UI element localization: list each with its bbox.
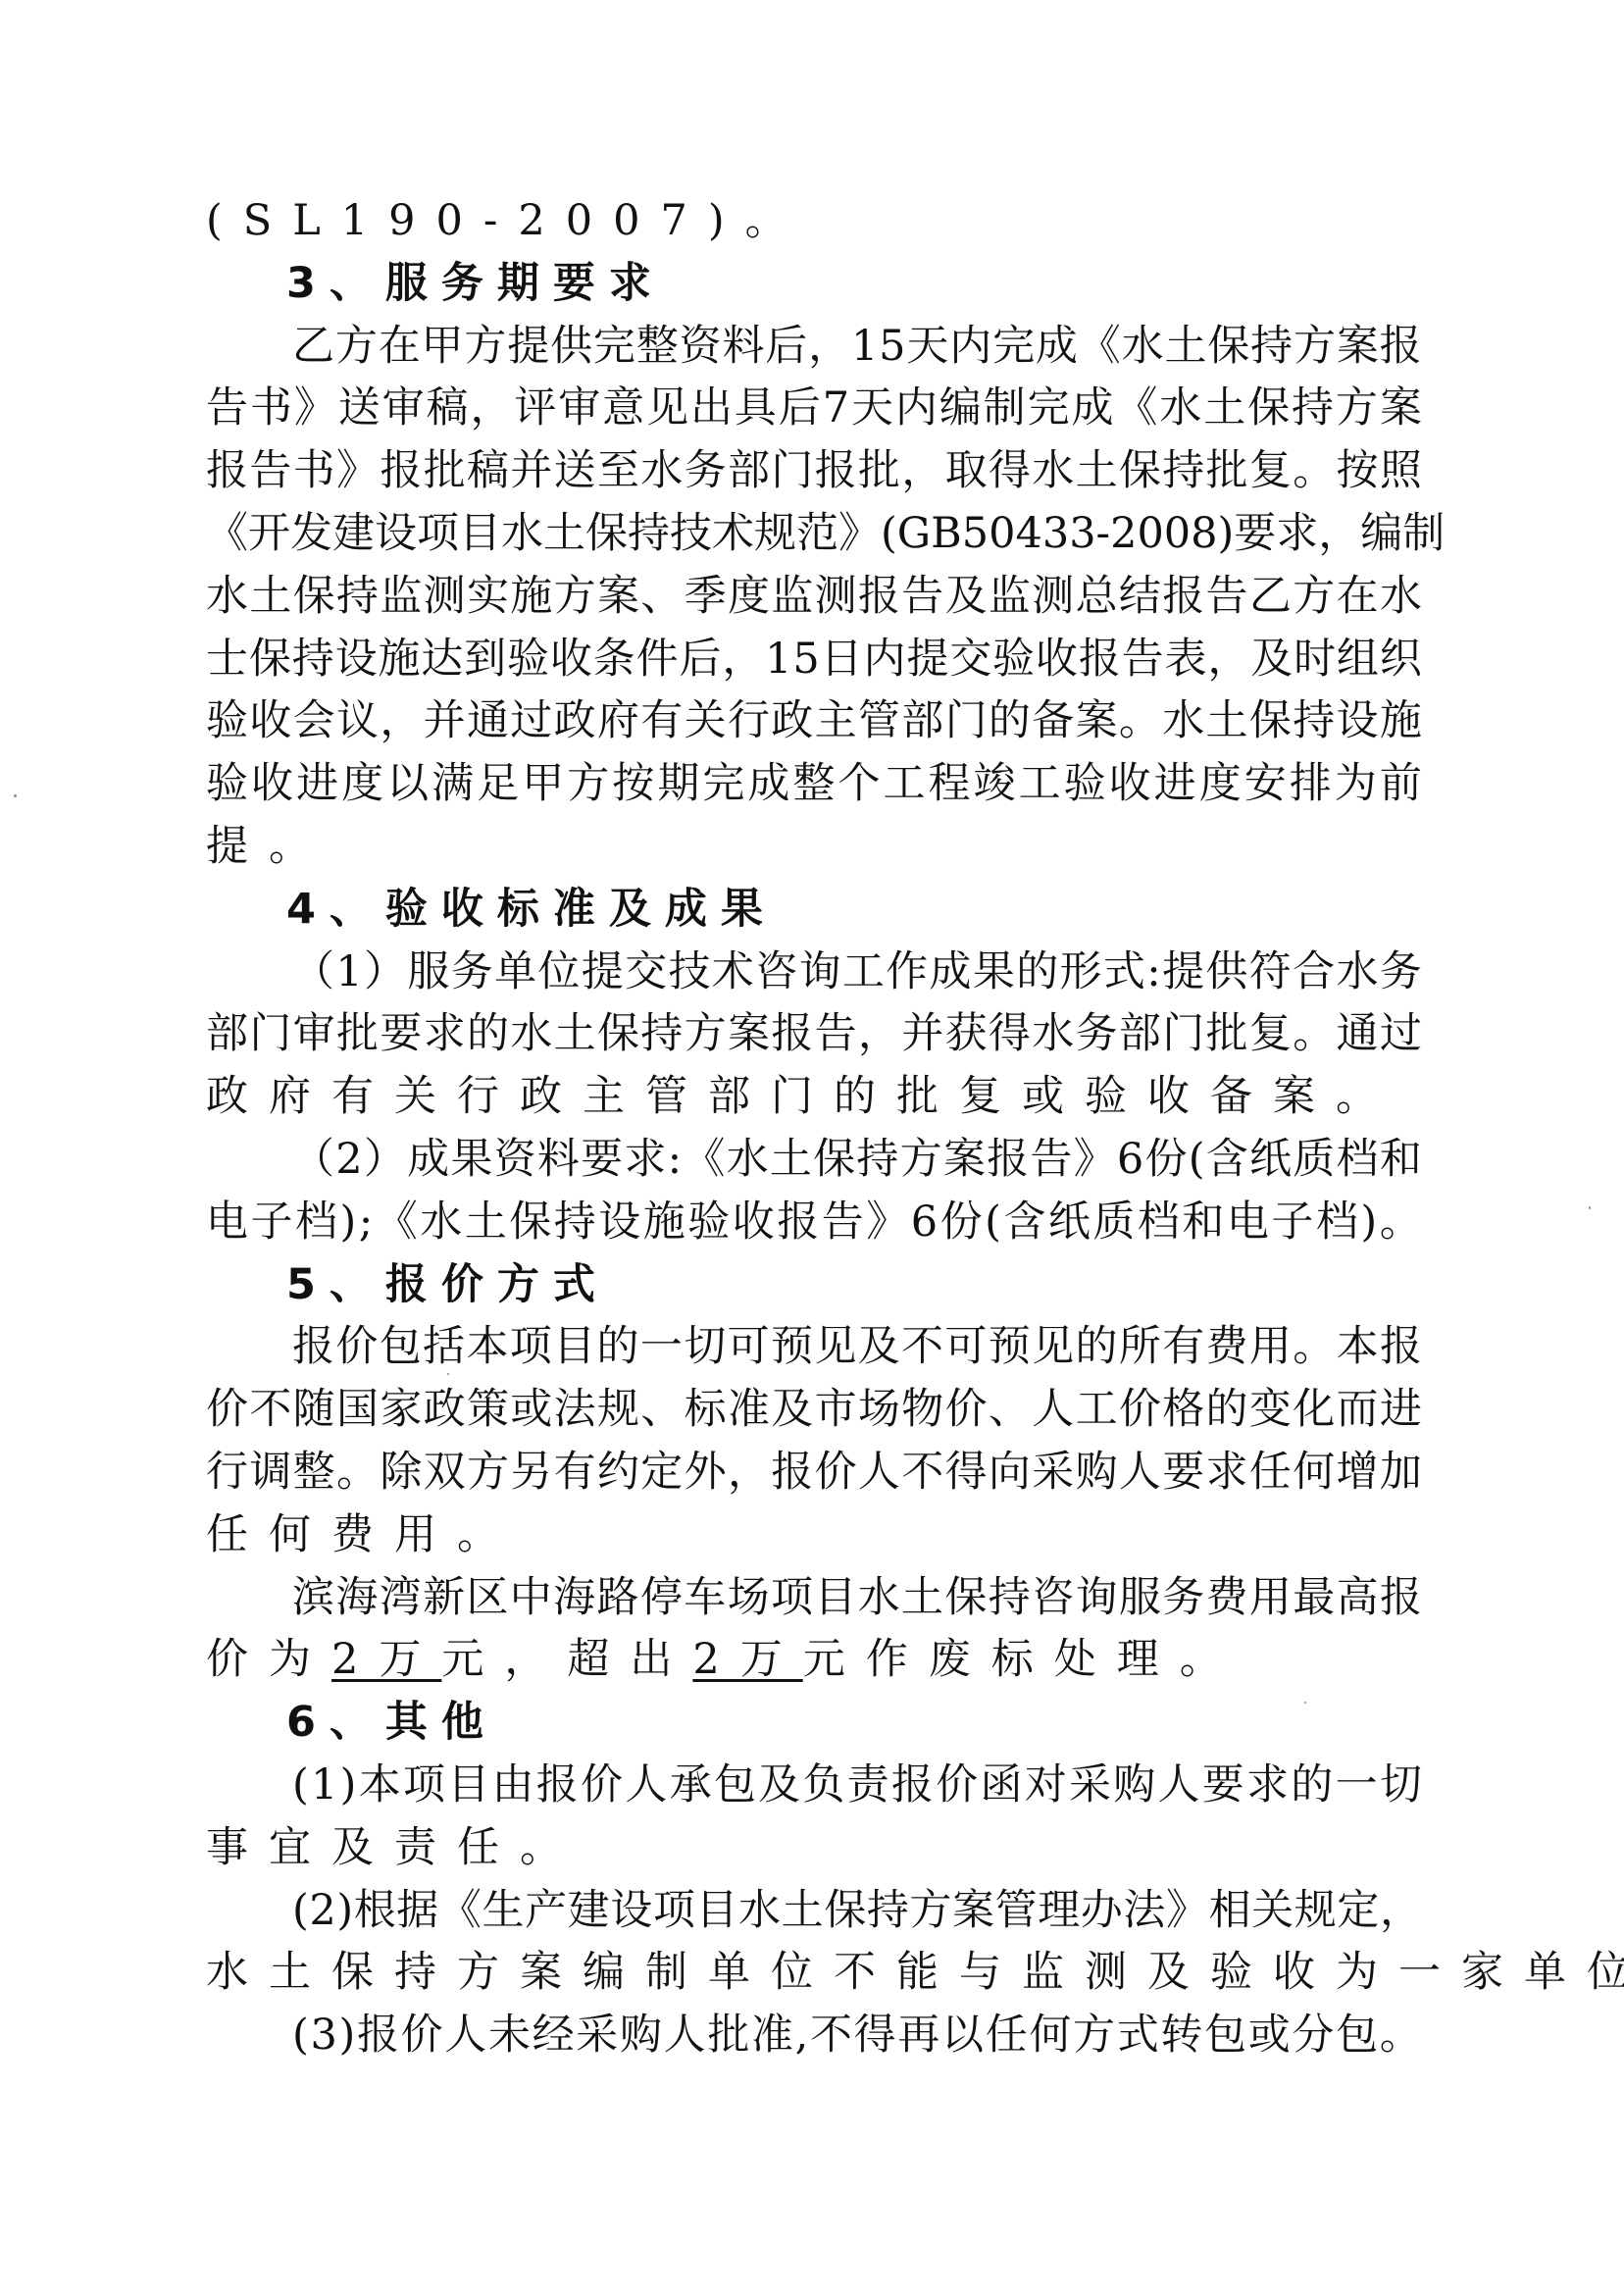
glyph: 案 — [728, 1003, 770, 1066]
glyph: 3 — [1069, 503, 1095, 566]
glyph: 根 — [354, 1880, 396, 1943]
glyph: ( — [292, 1755, 309, 1817]
glyph: 保 — [813, 1129, 855, 1192]
glyph: 条 — [593, 629, 635, 691]
paragraph-line: 行调整。除双方另有约定外，报价人不得向采购人要求任何增加 — [206, 1442, 1422, 1504]
glyph: 0 — [1137, 503, 1163, 566]
scan-speck — [1304, 1702, 1306, 1704]
text-fragment: 元，超出 — [441, 1635, 692, 1684]
glyph: 报 — [858, 566, 900, 629]
glyph: 6 — [911, 1192, 938, 1254]
glyph: 组 — [1337, 629, 1379, 691]
glyph: 保 — [1207, 316, 1249, 379]
glyph: 停 — [640, 1567, 683, 1630]
glyph: 《 — [439, 1880, 482, 1943]
paragraph-line: 政府有关行政主管部门的批复或验收备案。 — [206, 1066, 1422, 1129]
glyph: 果 — [450, 1129, 492, 1192]
glyph: 资 — [494, 1129, 536, 1192]
glyph: 规 — [1294, 1880, 1337, 1943]
glyph: 告 — [249, 440, 291, 503]
glyph: 土 — [1164, 316, 1206, 379]
glyph: 送 — [338, 378, 381, 440]
glyph: 电 — [206, 1192, 248, 1254]
paragraph-line: 任何费用。 — [206, 1504, 1422, 1567]
glyph: 得 — [989, 1003, 1031, 1066]
glyph: 设 — [598, 1192, 640, 1254]
glyph: ) — [338, 2005, 355, 2067]
glyph: 供 — [550, 316, 592, 379]
glyph: 书 — [250, 378, 292, 440]
glyph: 5 — [962, 503, 989, 566]
glyph: 完 — [992, 316, 1035, 379]
glyph: 术 — [712, 503, 754, 566]
glyph: 提 — [507, 316, 549, 379]
glyph: 议 — [336, 690, 379, 753]
glyph: 单 — [494, 942, 536, 1004]
glyph: 编 — [1360, 503, 1402, 566]
glyph: 购 — [1076, 1442, 1118, 1504]
glyph: 价 — [335, 1316, 378, 1379]
glyph: 要 — [1202, 1755, 1244, 1817]
glyph: 见 — [646, 378, 688, 440]
glyph: 服 — [1119, 1567, 1161, 1630]
glyph: ， — [728, 1442, 770, 1504]
glyph: ， — [1380, 1880, 1422, 1943]
glyph: 按 — [612, 753, 654, 816]
glyph: 建 — [568, 1880, 610, 1943]
glyph: 批 — [1206, 1003, 1248, 1066]
glyph: 表 — [1164, 629, 1206, 691]
paragraph-line: (1)本项目由报价人承包及负责报价函对采购人要求的一切 — [206, 1755, 1422, 1817]
glyph: 报 — [292, 1316, 334, 1379]
glyph: 要 — [380, 1003, 422, 1066]
glyph: 整 — [636, 316, 679, 379]
glyph: 案 — [1337, 316, 1379, 379]
glyph: 以 — [941, 2005, 984, 2067]
glyph: 。 — [1119, 690, 1161, 753]
glyph: ( — [881, 503, 897, 566]
glyph: 高 — [1337, 1567, 1379, 1630]
glyph: 得 — [989, 440, 1031, 503]
glyph: 1 — [765, 629, 791, 691]
glyph: ) — [336, 1880, 353, 1943]
glyph: 湾 — [380, 1567, 422, 1630]
glyph: ) — [1360, 1192, 1377, 1254]
paragraph-line: 事宜及责任。 — [206, 1817, 1422, 1880]
glyph: 时 — [1294, 629, 1336, 691]
paragraph-line: (3)报价人未经采购人批准,不得再以任何方式转包或分包。 — [206, 2005, 1422, 2067]
glyph: 策 — [467, 1379, 509, 1442]
glyph: 式 — [1103, 942, 1145, 1004]
glyph: 》 — [866, 1192, 908, 1254]
glyph: 提 — [906, 629, 948, 691]
glyph: 达 — [421, 629, 463, 691]
glyph: 后 — [779, 378, 821, 440]
glyph: 件 — [636, 629, 679, 691]
glyph: 预 — [771, 1316, 813, 1379]
glyph: 水 — [1159, 378, 1201, 440]
glyph: 并 — [510, 440, 552, 503]
section-heading-acceptance-standards: 4、验收标准及成果 — [206, 879, 1422, 942]
glyph: 照 — [1380, 440, 1422, 503]
glyph: 案 — [1076, 690, 1118, 753]
glyph: 家 — [380, 1379, 422, 1442]
glyph: ， — [901, 440, 943, 503]
glyph: 士 — [206, 629, 248, 691]
glyph: 并 — [424, 690, 466, 753]
glyph: 测 — [815, 566, 857, 629]
glyph: 乙 — [1249, 566, 1292, 629]
glyph: 报 — [891, 1755, 934, 1817]
glyph: 整 — [293, 1442, 335, 1504]
glyph: 海 — [335, 1567, 378, 1630]
glyph: 切 — [1380, 1755, 1422, 1817]
glyph: 成 — [930, 942, 972, 1004]
glyph: 项 — [653, 1880, 695, 1943]
glyph: 发 — [290, 503, 332, 566]
glyph: 程 — [929, 753, 971, 816]
paragraph-line: 乙方在甲方提供完整资料后，15天内完成《水土保持方案报 — [206, 316, 1422, 379]
glyph: 》 — [336, 440, 379, 503]
glyph: 编 — [939, 378, 982, 440]
glyph: 报 — [1162, 566, 1204, 629]
glyph: 工 — [883, 753, 925, 816]
glyph: 准 — [728, 1379, 770, 1442]
glyph: 外 — [685, 1442, 727, 1504]
glyph: 告 — [206, 378, 248, 440]
glyph: 具 — [735, 378, 777, 440]
glyph: 购 — [1113, 1755, 1155, 1817]
glyph: 在 — [379, 316, 421, 379]
glyph: 份 — [1144, 1129, 1187, 1192]
text-fragment: 元作废标处理。 — [803, 1635, 1243, 1684]
glyph: 不 — [901, 1316, 943, 1379]
paragraph-line: 电子档);《水土保持设施验收报告》6份(含纸质档和电子档)。 — [206, 1192, 1422, 1254]
glyph: 持 — [1162, 440, 1204, 503]
glyph: 收 — [1109, 753, 1151, 816]
glyph: 告 — [822, 1192, 864, 1254]
glyph: 告 — [1206, 566, 1248, 629]
glyph: 《 — [1079, 316, 1121, 379]
glyph: 据 — [396, 1880, 438, 1943]
paragraph-line: 水土保持方案编制单位不能与监测及验收为一家单位。 — [206, 1942, 1422, 2005]
glyph: 持 — [989, 1567, 1031, 1630]
glyph: 方 — [1294, 316, 1336, 379]
glyph: 、 — [640, 1379, 683, 1442]
glyph: ) — [1218, 503, 1235, 566]
glyph: 验 — [507, 629, 549, 691]
glyph: 通 — [467, 690, 509, 753]
glyph: 水 — [420, 1192, 462, 1254]
section-heading-other: 6、其他 — [206, 1692, 1422, 1755]
glyph: 车 — [684, 1567, 726, 1630]
glyph: 场 — [858, 1379, 900, 1442]
glyph: 不 — [249, 1379, 291, 1442]
glyph: 包 — [1204, 2005, 1246, 2067]
glyph: 水 — [738, 1880, 781, 1943]
glyph: 提 — [1162, 942, 1204, 1004]
glyph: 《 — [206, 503, 248, 566]
glyph: 保 — [824, 1880, 866, 1943]
glyph: 主 — [815, 690, 857, 753]
glyph: ( — [985, 1192, 1001, 1254]
glyph: 定 — [1337, 1880, 1379, 1943]
glyph: 持 — [640, 1003, 683, 1066]
glyph: 以 — [386, 753, 429, 816]
glyph: 报 — [357, 2005, 399, 2067]
glyph: 2 — [1110, 503, 1137, 566]
glyph: 部 — [206, 1003, 248, 1066]
glyph: 标 — [685, 1379, 727, 1442]
glyph: 报 — [1380, 1567, 1422, 1630]
glyph: 施 — [378, 629, 420, 691]
glyph: 水 — [858, 1567, 900, 1630]
glyph: 政 — [424, 1379, 466, 1442]
glyph: 水 — [640, 440, 683, 503]
glyph: - — [1096, 503, 1111, 566]
glyph: 本 — [466, 1316, 508, 1379]
paragraph-line: （1）服务单位提交技术咨询工作成果的形式:提供符合水务 — [206, 942, 1422, 1004]
glyph: 保 — [944, 1567, 987, 1630]
glyph: 门 — [945, 690, 988, 753]
section-heading-service-period: 3、服务期要求 — [206, 253, 1422, 316]
glyph: 购 — [620, 2005, 662, 2067]
glyph: 的 — [1075, 1316, 1117, 1379]
glyph: 目 — [447, 1755, 489, 1817]
glyph: 含 — [1206, 1129, 1248, 1192]
glyph: 人 — [858, 1442, 900, 1504]
glyph: 交 — [949, 629, 991, 691]
glyph: 案 — [1380, 378, 1422, 440]
glyph: 施 — [510, 566, 552, 629]
price-cap-line: 价为2万元，超出2万元作废标处理。 — [206, 1629, 1422, 1692]
glyph: 6 — [1117, 1129, 1143, 1192]
glyph: 门 — [1162, 1003, 1204, 1066]
glyph: 项 — [403, 1755, 445, 1817]
paragraph-line: 水土保持监测实施方案、季度监测报告及监测总结报告乙方在水 — [206, 566, 1422, 629]
glyph: 保 — [249, 629, 291, 691]
glyph: 采 — [576, 2005, 618, 2067]
glyph: 用 — [1249, 1316, 1292, 1379]
glyph: 可 — [728, 1316, 770, 1379]
glyph: 在 — [1337, 566, 1379, 629]
glyph: 4 — [1015, 503, 1041, 566]
glyph: 档 — [1337, 1129, 1379, 1192]
glyph: 方 — [1073, 2005, 1115, 2067]
glyph: 部 — [1119, 1003, 1161, 1066]
glyph: 土 — [1076, 440, 1118, 503]
glyph: 测 — [424, 566, 466, 629]
glyph: ( — [292, 1880, 309, 1943]
glyph: 交 — [625, 942, 667, 1004]
glyph: 调 — [249, 1442, 291, 1504]
glyph: 保 — [1247, 378, 1290, 440]
glyph: G — [897, 503, 931, 566]
glyph: 及 — [858, 1316, 900, 1379]
glyph: 不 — [901, 1442, 943, 1504]
glyph: 验 — [206, 753, 248, 816]
glyph: 。 — [1293, 1003, 1335, 1066]
paragraph-line: 提。 — [206, 816, 1422, 879]
paragraph-line: 验收会议，并通过政府有关行政主管部门的备案。水土保持设施 — [206, 690, 1422, 753]
glyph: 人 — [444, 2005, 486, 2067]
glyph: 设 — [335, 629, 378, 691]
glyph: 项 — [771, 1567, 813, 1630]
paragraph-line: 部门审批要求的水土保持方案报告，并获得水务部门批复。通过 — [206, 1003, 1422, 1066]
glyph: 土 — [770, 1129, 812, 1192]
glyph: 水 — [727, 1129, 769, 1192]
glyph: 供 — [1205, 942, 1247, 1004]
glyph: 为 — [1335, 753, 1377, 816]
glyph: 批 — [858, 440, 900, 503]
glyph: 方 — [900, 1129, 942, 1192]
glyph: 政 — [554, 690, 596, 753]
glyph: 项 — [510, 1316, 552, 1379]
glyph: 括 — [423, 1316, 465, 1379]
glyph: 管 — [995, 1880, 1038, 1943]
document-body: (SL190-2007)。 3、服务期要求 乙方在甲方提供完整资料后，15天内完… — [206, 190, 1422, 2067]
glyph: 方 — [554, 566, 596, 629]
glyph: 求 — [1206, 1442, 1248, 1504]
glyph: 3 — [1042, 503, 1069, 566]
glyph: 资 — [680, 316, 722, 379]
glyph: 约 — [597, 1442, 639, 1504]
scanned-document-page: (SL190-2007)。 3、服务期要求 乙方在甲方提供完整资料后，15天内完… — [0, 0, 1624, 2293]
glyph: 管 — [858, 690, 900, 753]
glyph: 关 — [685, 690, 727, 753]
glyph: 2 — [309, 1880, 335, 1943]
glyph: 对 — [1025, 1755, 1067, 1817]
text-fragment: 价为 — [206, 1635, 331, 1684]
glyph: 新 — [423, 1567, 465, 1630]
glyph: 土 — [782, 1880, 824, 1943]
price-cap-amount: 2万 — [692, 1635, 802, 1684]
glyph: 产 — [525, 1880, 567, 1943]
glyph: 工 — [1019, 753, 1061, 816]
glyph: 开 — [248, 503, 290, 566]
glyph: ， — [470, 378, 512, 440]
glyph: 定 — [640, 1442, 683, 1504]
glyph: 价 — [206, 1379, 248, 1442]
glyph: 价 — [1119, 1379, 1161, 1442]
glyph: 批 — [336, 1003, 379, 1066]
glyph: 的 — [1206, 1379, 1248, 1442]
glyph: 。 — [1293, 1316, 1335, 1379]
glyph: 结 — [1119, 566, 1161, 629]
glyph: : — [668, 1129, 683, 1192]
glyph: 足 — [477, 753, 519, 816]
glyph: 《 — [683, 1129, 725, 1192]
glyph: 不 — [810, 2005, 852, 2067]
glyph: 及 — [758, 1755, 800, 1817]
glyph: 位 — [537, 942, 580, 1004]
glyph: 成 — [407, 1129, 449, 1192]
glyph: 行 — [728, 690, 770, 753]
glyph: 的 — [989, 690, 1031, 753]
glyph: 作 — [886, 942, 928, 1004]
glyph: 持 — [292, 629, 334, 691]
glyph: （ — [292, 1129, 334, 1192]
glyph: 再 — [897, 2005, 939, 2067]
glyph: 有 — [554, 1442, 596, 1504]
glyph: 格 — [1162, 1379, 1204, 1442]
glyph: 告 — [1122, 629, 1164, 691]
glyph: 稿 — [427, 378, 469, 440]
glyph: 和 — [1380, 1129, 1422, 1192]
glyph: 子 — [1271, 1192, 1313, 1254]
glyph: 满 — [431, 753, 474, 816]
glyph: 务 — [685, 440, 727, 503]
glyph: 2 — [335, 1129, 362, 1192]
glyph: 水 — [1032, 1003, 1074, 1066]
glyph: 批 — [1206, 440, 1248, 503]
glyph: 方 — [1336, 378, 1378, 440]
glyph: B — [931, 503, 962, 566]
glyph: 询 — [798, 942, 840, 1004]
glyph: 人 — [1119, 1442, 1161, 1504]
glyph: 国 — [336, 1379, 379, 1442]
glyph: 设 — [610, 1880, 652, 1943]
glyph: 责 — [847, 1755, 889, 1817]
glyph: 要 — [581, 1129, 623, 1192]
paragraph-line: (2)根据《生产建设项目水土保持方案管理办法》相关规定， — [206, 1880, 1422, 1943]
glyph: 咨 — [1032, 1567, 1074, 1630]
glyph: 办 — [1081, 1880, 1123, 1943]
glyph: 任 — [986, 2005, 1028, 2067]
glyph: 审 — [382, 378, 425, 440]
glyph: 》 — [294, 378, 336, 440]
glyph: 目 — [459, 503, 501, 566]
glyph: ， — [808, 316, 850, 379]
glyph: 持 — [856, 1129, 898, 1192]
glyph: 价 — [815, 1442, 857, 1504]
glyph: 后 — [765, 316, 807, 379]
glyph: 0 — [1164, 503, 1191, 566]
glyph: 保 — [1119, 440, 1161, 503]
glyph: 收 — [733, 1192, 775, 1254]
glyph: 内 — [949, 316, 991, 379]
glyph: 一 — [1336, 1755, 1378, 1817]
glyph: 收 — [1036, 629, 1078, 691]
glyph: ） — [364, 1129, 406, 1192]
glyph: 方 — [467, 1442, 509, 1504]
glyph: 本 — [359, 1755, 401, 1817]
glyph: 政 — [771, 690, 813, 753]
glyph: 用 — [1249, 1567, 1292, 1630]
glyph: 制 — [1402, 503, 1445, 566]
glyph: 成 — [1071, 378, 1113, 440]
glyph: 、 — [989, 1379, 1031, 1442]
glyph: 双 — [424, 1442, 466, 1504]
glyph: 人 — [1032, 1379, 1074, 1442]
glyph: 或 — [1248, 2005, 1291, 2067]
glyph: 方 — [909, 1880, 951, 1943]
glyph: 持 — [628, 503, 670, 566]
glyph: 竣 — [974, 753, 1016, 816]
glyph: 符 — [1249, 942, 1292, 1004]
glyph: 求 — [1276, 503, 1318, 566]
glyph: 采 — [1032, 1442, 1074, 1504]
glyph: 监 — [989, 566, 1031, 629]
glyph: 织 — [1380, 629, 1422, 691]
glyph: 内 — [895, 378, 938, 440]
glyph: 任 — [1249, 1442, 1292, 1504]
paragraph-line: 报价包括本项目的一切可预见及不可预见的所有费用。本报 — [206, 1316, 1422, 1379]
glyph: 报 — [777, 1192, 819, 1254]
glyph: 果 — [973, 942, 1015, 1004]
glyph: 物 — [901, 1379, 943, 1442]
glyph: 及 — [771, 1379, 813, 1442]
